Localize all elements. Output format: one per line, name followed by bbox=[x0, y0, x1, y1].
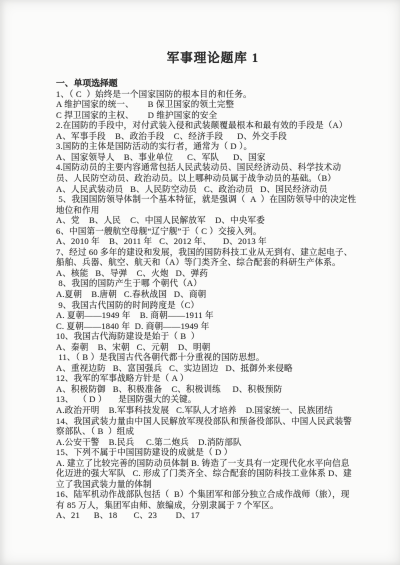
text-line: 9、我国古代国防的时间跨度是（C） bbox=[56, 300, 370, 311]
text-line: A、人民武装动员 B、人民防空动员 C、政治动员 D、国民经济动员 bbox=[56, 184, 370, 195]
text-line: 4.国防动员的主要内容通常包括人民武装动员、国民经济动员、科学技术动 bbox=[56, 162, 370, 173]
document-title: 军事理论题库 1 bbox=[56, 48, 370, 66]
text-line: 立了我国武装力量的体制 bbox=[56, 479, 370, 490]
text-line: 有 85 万人，集团军由师、旅编成，分别隶属于 7 个军区。 bbox=[56, 500, 370, 511]
text-line: A、21 B、18 C、23 D、17 bbox=[56, 510, 370, 521]
text-line: A. 夏朝——1949 年 B. 商朝——1911 年 bbox=[56, 310, 370, 321]
text-line: A.夏朝 B.唐朝 C.春秋战国 D、商朝 bbox=[56, 289, 370, 300]
text-line: A、党 B、人民 C、中国人民解放军 D、中央军委 bbox=[56, 215, 370, 226]
text-line: 7、经过 60 多年的建设和发展，我国的国防科技工业从无到有、建立起电子、 bbox=[56, 247, 370, 258]
text-line: 2.在国防的手段中，对付武装入侵和武装颠覆最根本和最有效的手段是（A） bbox=[56, 120, 370, 131]
text-line: 12、我军的军事战略方针是（ A ） bbox=[56, 373, 370, 384]
text-line: A.公安干警 B.民兵 C.第二炮兵 D.消防部队 bbox=[56, 437, 370, 448]
text-line: A、2010 年 B、2011 年 C、2012 年、 D、2013 年 bbox=[56, 236, 370, 247]
text-line: A、核能 B、导弹 C、火炮 D、弹药 bbox=[56, 268, 370, 279]
text-line: 3.国防的主体是国防活动的实行者，通常为（ D ）。 bbox=[56, 141, 370, 152]
text-line: A、军事手段 B、政治手段 C、经济手段 D、外交手段 bbox=[56, 131, 370, 142]
document-page: 军事理论题库 1 一、单项选择题 1、（ C ）始终是一个国家国防的根本目的和任… bbox=[0, 0, 400, 565]
text-line: 员、人民防空动员、政治动员。以上哪种动员属于战争动员的基础。（B） bbox=[56, 173, 370, 184]
text-line: 察部队、（ B ）组成 bbox=[56, 426, 370, 437]
text-line: 11、（ B ）是我国古代各朝代都十分重视的国防思想。 bbox=[56, 352, 370, 363]
text-line: 13、 （ D ） 是国防强大的关键。 bbox=[56, 394, 370, 405]
text-line: A. 建立了比较完善的国防动员体制 B. 铸造了一支具有一定现代化水平向信息 bbox=[56, 458, 370, 469]
text-line: C 捍卫国家的主权、 D 维护国家的安全 bbox=[56, 110, 370, 121]
text-line: A、重视边防 B、富国强兵 C、实边固边 D、抵御外来侵略 bbox=[56, 363, 370, 374]
text-line: 15、下列不属于中国国防建设的成就是（ D ） bbox=[56, 447, 370, 458]
text-line: 8、我国的国防产生于哪 个朝代（A） bbox=[56, 278, 370, 289]
text-line: 5、我国国防领导体制一个基本特征，就是强调（ A ）在国防领导中的决定性 bbox=[56, 194, 370, 205]
text-line: C. 夏朝——1840 年 D. 商朝——1949 年 bbox=[56, 321, 370, 332]
text-line: 16、陆军机动作战部队包括（ B）个集团军和部分独立合成作战师（旅），现 bbox=[56, 489, 370, 500]
text-line: A 维护国家的统一、 B 保卫国家的领土完整 bbox=[56, 99, 370, 110]
document-content: 军事理论题库 1 一、单项选择题 1、（ C ）始终是一个国家国防的根本目的和任… bbox=[56, 48, 370, 521]
text-line: A、秦朝 B、宋朝 C、元朝 D、明朝 bbox=[56, 342, 370, 353]
text-line: A.政治开明 B.军事科技发展 C.军队人才培养 D.国家统一、民族团结 bbox=[56, 405, 370, 416]
text-line: 14、我国武装力量由中国人民解放军现役部队和预备役部队、中国人民武装警 bbox=[56, 416, 370, 427]
text-line: 船舶、兵器、航空、航天和（A）等门类齐全、综合配套的科研生产体系。 bbox=[56, 257, 370, 268]
text-line: 化迈进的强大军队 C. 形成了门类齐全、综合配套的国防科技工业体系 D、建 bbox=[56, 468, 370, 479]
text-line: 1、（ C ）始终是一个国家国防的根本目的和任务。 bbox=[56, 89, 370, 100]
text-line: 6、中国第一艘航空母舰“辽宁舰”于（ C ）交接入列。 bbox=[56, 226, 370, 237]
text-line: A、国家领导人 B、事业单位 C、军队 D、国家 bbox=[56, 152, 370, 163]
section-heading: 一、单项选择题 bbox=[56, 78, 370, 89]
text-line: A、积极防御 B、积极准备 C、积极训练 D、积极预防 bbox=[56, 384, 370, 395]
text-line: 地位和作用 bbox=[56, 205, 370, 216]
question-lines: 1、（ C ）始终是一个国家国防的根本目的和任务。A 维护国家的统一、 B 保卫… bbox=[56, 89, 370, 521]
text-line: 10、我国古代海防建设是始于（ B ） bbox=[56, 331, 370, 342]
